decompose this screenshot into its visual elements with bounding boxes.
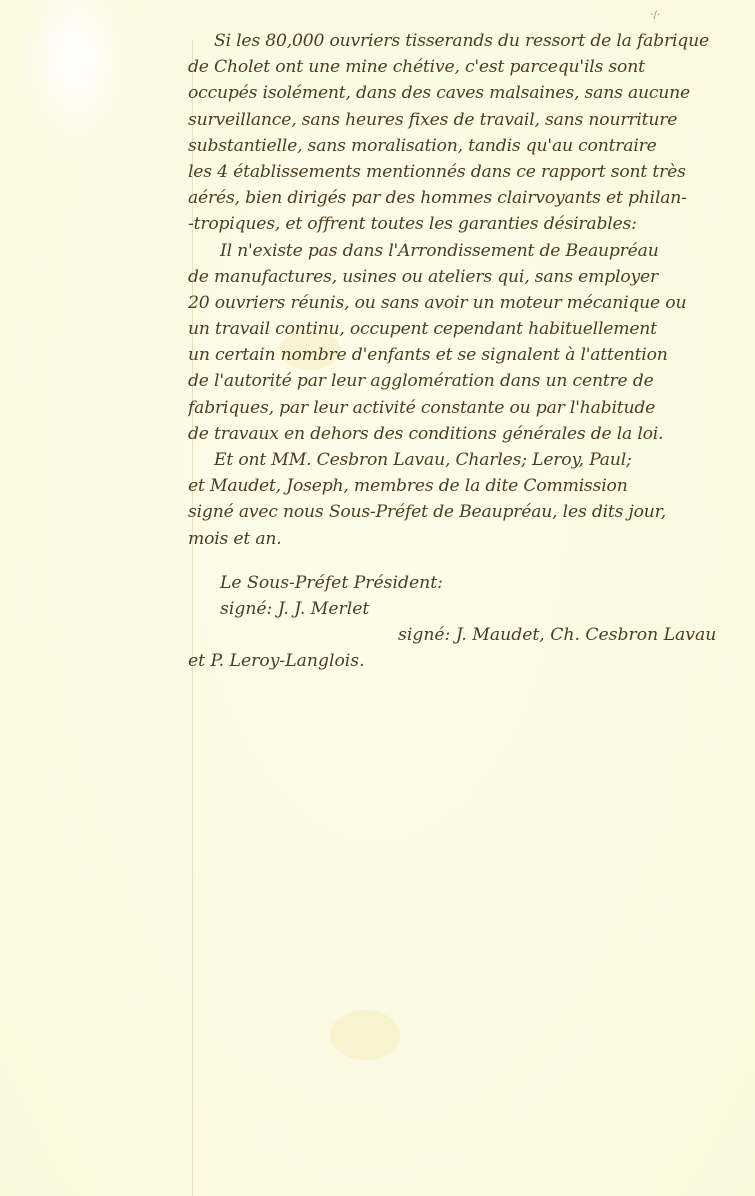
text-line: de travaux en dehors des conditions géné… <box>188 421 750 447</box>
text-line: signé avec nous Sous-Préfet de Beaupréau… <box>188 499 750 525</box>
text-line: mois et an. <box>188 526 750 552</box>
paragraph-arrondissement: Il n'existe pas dans l'Arrondissement de… <box>188 238 750 448</box>
paragraph-closing: Et ont MM. Cesbron Lavau, Charles; Leroy… <box>188 447 750 552</box>
text-line: fabriques, par leur activité constante o… <box>188 395 750 421</box>
text-line: de Cholet ont une mine chétive, c'est pa… <box>188 54 750 80</box>
text-line: Et ont MM. Cesbron Lavau, Charles; Leroy… <box>188 447 750 473</box>
text-line: -tropiques, et offrent toutes les garant… <box>188 211 750 237</box>
text-line: un travail continu, occupent cependant h… <box>188 316 750 342</box>
text-line: Si les 80,000 ouvriers tisserands du res… <box>188 28 750 54</box>
text-line: de l'autorité par leur agglomération dan… <box>188 368 750 394</box>
manuscript-text: Si les 80,000 ouvriers tisserands du res… <box>188 28 750 552</box>
paper-stain <box>330 1010 400 1060</box>
text-line: 20 ouvriers réunis, ou sans avoir un mot… <box>188 290 750 316</box>
signature-block: Le Sous-Préfet Président: signé: J. J. M… <box>188 570 750 674</box>
text-line: et Maudet, Joseph, membres de la dite Co… <box>188 473 750 499</box>
paragraph-weavers: Si les 80,000 ouvriers tisserands du res… <box>188 28 750 238</box>
manuscript-page: ·/· Si les 80,000 ouvriers tisserands du… <box>0 0 755 1196</box>
signature-prefect: signé: J. J. Merlet <box>188 596 750 622</box>
corner-mark: ·/· <box>650 10 660 21</box>
text-line: substantielle, sans moralisation, tandis… <box>188 133 750 159</box>
signature-title: Le Sous-Préfet Président: <box>188 570 750 596</box>
text-line: de manufactures, usines ou ateliers qui,… <box>188 264 750 290</box>
text-line: aérés, bien dirigés par des hommes clair… <box>188 185 750 211</box>
text-line: occupés isolément, dans des caves malsai… <box>188 80 750 106</box>
text-line: Il n'existe pas dans l'Arrondissement de… <box>188 238 750 264</box>
text-line: les 4 établissements mentionnés dans ce … <box>188 159 750 185</box>
signature-members: signé: J. Maudet, Ch. Cesbron Lavau <box>188 622 750 648</box>
signature-last: et P. Leroy-Langlois. <box>188 648 750 674</box>
text-line: surveillance, sans heures fixes de trava… <box>188 107 750 133</box>
text-line: un certain nombre d'enfants et se signal… <box>188 342 750 368</box>
